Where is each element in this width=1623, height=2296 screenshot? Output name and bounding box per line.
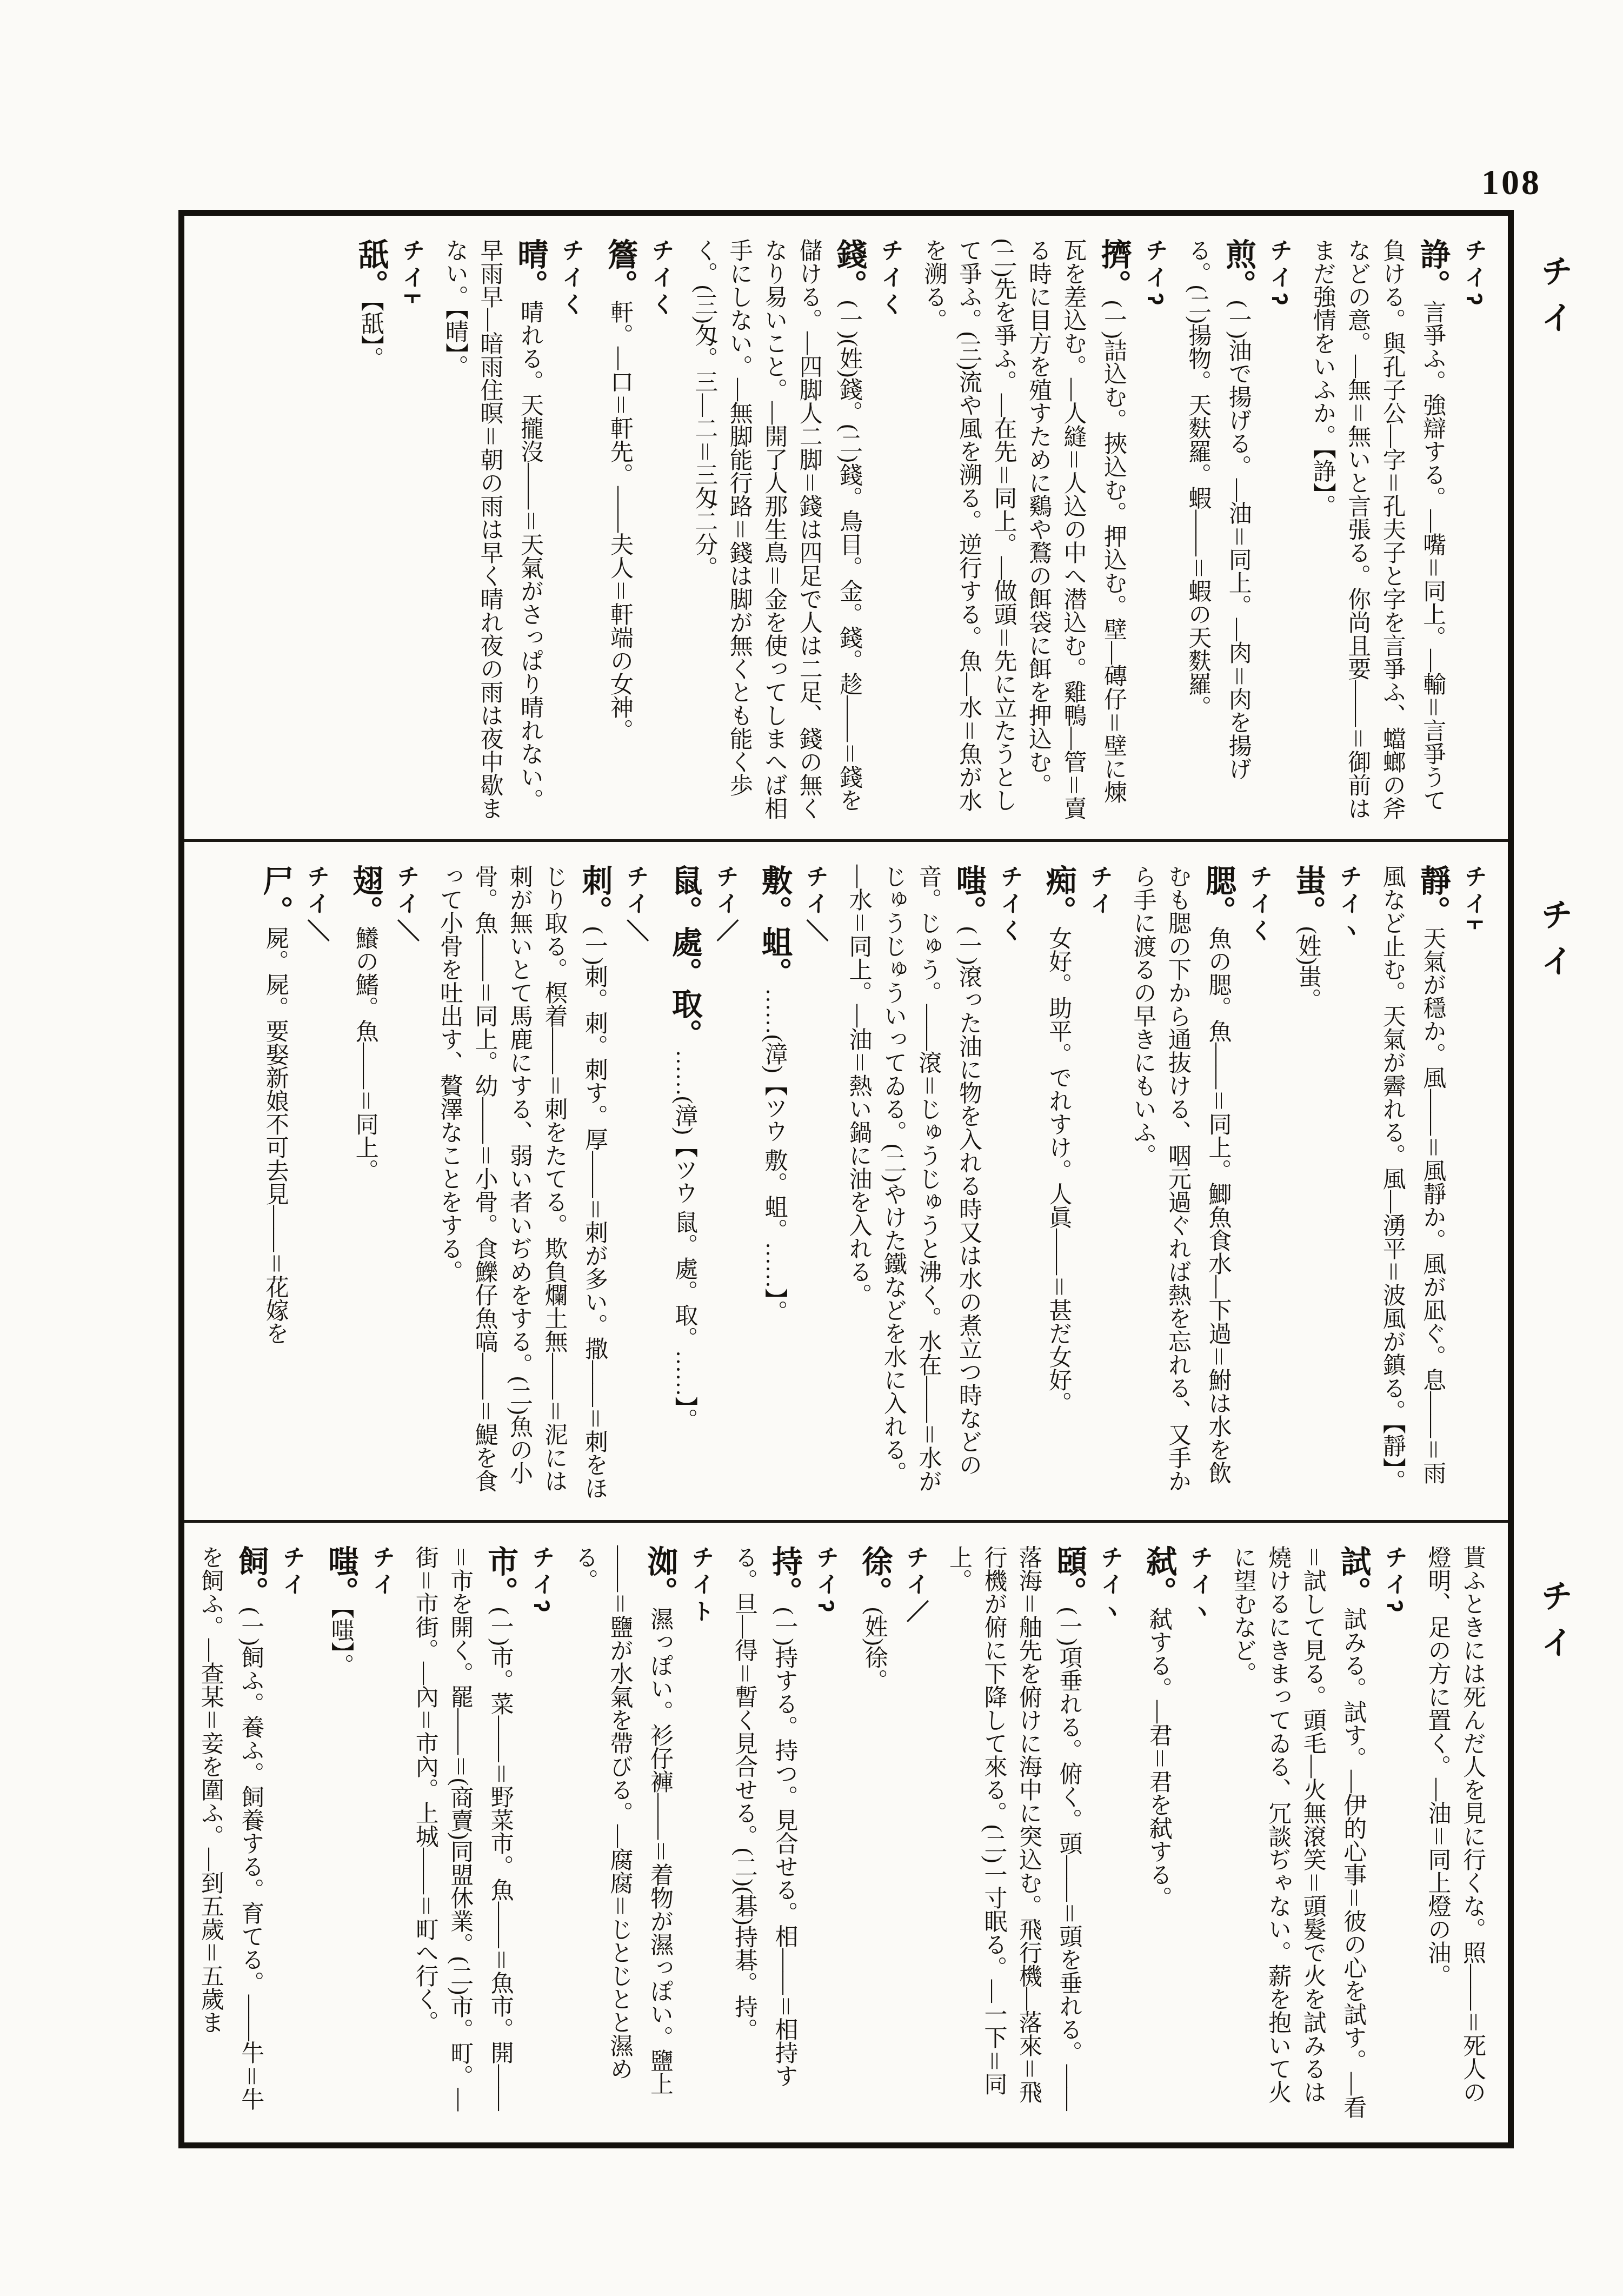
entry-definition: 天氣が穩か。風――＝風靜か。風が凪ぐ。息――＝雨風など止む。天氣が霽れる。風―湧… [1380,865,1446,1492]
dictionary-entry: チイヽ 弑。弑する。―君＝君を弑する。 [1135,1545,1215,2126]
entry-definition: 試みる。試す。―伊的心事＝彼の心を試す。―看＝試して見る。頭毛―火無滾笑＝頭髮で… [1230,1545,1366,2119]
entry-headword: 嗤。 [324,1545,358,1607]
entry-headword: 試。 [1336,1545,1370,1607]
entry-pronunciation: チイ／ [710,865,741,1504]
dictionary-entry: チイʔ 持。(一)持する。持つ。見合せる。相――＝相持する。旦―得＝暫く見合せる… [727,1545,842,2126]
dictionary-entry-continuation: 貰ふときには死んだ人を見に行くな。照――＝死人の燈明、足の方に置く。―油＝同上燈… [1420,1545,1489,2126]
entry-pronunciation: チイʔ [527,1545,557,2126]
entry-pronunciation: チイ [1085,865,1115,1504]
entry-headword: 市。 [483,1545,517,1607]
entry-headword: 簷。 [603,238,637,300]
entry-pronunciation: チイʔ [811,1545,842,2126]
margin-guide-word-top: チイ [1534,254,1578,347]
dictionary-entry: チイ＼ 翅。鱶の鰭。魚――＝同上。 [342,865,422,1504]
dictionary-entry: チイ＼ 刺。(一)刺。刺。刺す。厚――＝刺が多い。撒――＝刺をほじり取る。榠着―… [432,865,651,1504]
entry-headword: 鼠。處。取。 [667,865,701,1050]
dictionary-entry: チイʔ 市。(一)市。菜――＝野菜市。魚――＝魚市。開――＝市を開く。罷――＝(… [407,1545,557,2126]
dictionary-entry: チイʔ 試。試みる。試す。―伊的心事＝彼の心を試す。―看＝試して見る。頭毛―火無… [1225,1545,1410,2126]
entry-definition: 言爭ふ。強辯する。―嘴＝同上。―輸＝言爭うて負ける。與孔子公―字＝孔夫子と字を言… [1310,238,1446,820]
entry-definition: 晴れる。天攏沒――＝天氣がさっぱり晴れない。早雨早―暗雨住暝＝朝の雨は早く晴れ夜… [442,238,543,820]
margin-guide-word-bottom: チイ [1534,1579,1578,1672]
entry-pronunciation: チイʔ [1265,238,1295,823]
entry-pronunciation: チイく [995,865,1026,1504]
margin-guide-word-middle: チイ [1534,898,1578,991]
page-number: 108 [1481,162,1541,203]
entry-pronunciation: チイʔ [1459,238,1489,823]
entry-pronunciation: チイ／ [901,1545,932,2126]
entry-pronunciation: チイ＼ [800,865,831,1504]
entry-headword: 刺。 [577,865,611,926]
entry-definition: (一)刺。刺。刺す。厚――＝刺が多い。撒――＝刺をほじり取る。榠着――＝刺をたて… [437,865,607,1500]
entry-pronunciation: チイヽ [1334,865,1365,1504]
entry-pronunciation: チイ⊦ [397,238,428,823]
entry-pronunciation: チイ＼ [621,865,651,1504]
entry-definition: 魚の腮。魚――＝同上。鯽魚食水―下過＝鮒は水を飲むも腮の下から通抜ける、咽元過ぐ… [1130,865,1230,1492]
entry-headword: 頣。 [1052,1545,1086,1607]
dictionary-entry: チイ⊦ 舐。【舐】。 [347,238,427,823]
entry-definition: 屍。屍。要娶新娘不可去見――＝花嫁を [263,926,288,1345]
entry-headword: 擠。 [1096,238,1130,300]
entry-definition: 軒。―口＝軒先。――夫人＝軒端の女神。 [607,300,633,742]
entry-definition: 【舐】。 [358,300,383,370]
entry-definition: (一)持する。持つ。見合せる。相――＝相持する。旦―得＝暫く見合せる。(二)(碁… [731,1545,797,2088]
entry-definition: 女好。助平。でれすけ。人眞――＝甚だ女好。 [1046,926,1071,1415]
dictionary-entry: チイ 痴。女好。助平。でれすけ。人眞――＝甚だ女好。 [1035,865,1115,1504]
entry-headword: 靜。 [1415,865,1449,926]
entry-pronunciation: チイく [646,238,677,823]
entry-definition: (一)詰込む。挾込む。押込む。壁―磚仔＝壁に煉瓦を差込む。―人縫＝人込の中へ潜込… [921,238,1126,820]
dictionary-band-top: チイʔ 諍。言爭ふ。強辯する。―嘴＝同上。―輸＝言爭うて負ける。與孔子公―字＝孔… [184,216,1508,839]
dictionary-entry: チイく 錢。(一)(姓)錢。(二)錢。鳥目。金。錢。趁――＝錢を儲ける。―四脚人… [687,238,906,823]
dictionary-entry: チイく 嗤。(一)滾った油に物を入れる時又は水の煮立つ時などの音。じゅう。――滾… [841,865,1026,1504]
entry-pronunciation: チイ⊦ [1459,865,1489,1504]
dictionary-entry: チイ＼ 尸。屍。屍。要娶新娘不可去見――＝花嫁を [252,865,332,1504]
entry-headword: 尸。 [258,865,292,926]
entry-definition: (一)油で揚げる。―油＝同上。―肉＝肉を揚げる。(二)揚物。天麩羅。蝦――＝蝦の… [1185,238,1251,781]
dictionary-entry: チイʔ 煎。(一)油で揚げる。―油＝同上。―肉＝肉を揚げる。(二)揚物。天麩羅。… [1180,238,1295,823]
entry-pronunciation: チイ＼ [391,865,422,1504]
entry-definition: (一)市。菜――＝野菜市。魚――＝魚市。開――＝市を開く。罷――＝(商賣)同盟休… [413,1545,513,2111]
entry-headword: 諍。 [1415,238,1449,300]
entry-definition: (一)飼ふ。養ふ。飼養する。育てる。――牛＝牛を飼ふ。―查某＝妾を圍ふ。―到五歲… [198,1545,264,2111]
entry-definition: (一)(姓)錢。(二)錢。鳥目。金。錢。趁――＝錢を儲ける。―四脚人二脚＝錢は四… [691,238,862,820]
dictionary-entry: チイト 洳。濕っぽい。衫仔褲――＝着物が濕っぽい。鹽上――＝鹽が水氣を帶びる。―… [567,1545,716,2126]
entry-pronunciation: チイく [875,238,906,823]
entry-definition: (姓)徐。 [862,1607,887,1693]
dictionary-entry: チイ＼ 敷。蛆。……(漳)【ツウ 敷。蛆。……】。 [751,865,831,1504]
dictionary-band-bottom: 貰ふときには死んだ人を見に行くな。照――＝死人の燈明、足の方に置く。―油＝同上燈… [184,1523,1508,2142]
entry-definition: 濕っぽい。衫仔褲――＝着物が濕っぽい。鹽上――＝鹽が水氣を帶びる。―腐腐＝じとじ… [572,1545,673,2095]
entry-headword: 弑。 [1142,1545,1176,1607]
entry-headword: 翅。 [348,865,382,926]
entry-headword: 飼。 [234,1545,268,1607]
entry-pronunciation: チイヽ [1185,1545,1216,2126]
entry-headword: 徐。 [857,1545,892,1607]
entry-definition: (姓)蚩。 [1295,926,1321,1012]
entry-headword: 煎。 [1221,238,1255,300]
dictionary-entry: チイく 腮。魚の腮。魚――＝同上。鯽魚食水―下過＝鮒は水を飲むも腮の下から通抜け… [1125,865,1275,1504]
entry-headword: 晴。 [513,238,547,300]
entry-headword: 嗤。 [952,865,986,926]
entry-definition: 貰ふときには死んだ人を見に行くな。照――＝死人の燈明、足の方に置く。―油＝同上燈… [1425,1545,1486,2103]
entry-pronunciation: チイʔ [1140,238,1170,823]
entry-pronunciation: チイく [1244,865,1275,1504]
entry-headword: 敷。蛆。 [757,865,791,988]
dictionary-entry: チイヽ 蚩。(姓)蚩。 [1285,865,1365,1504]
entry-headword: 痴。 [1041,865,1075,926]
entry-headword: 蚩。 [1291,865,1325,926]
entry-definition: 弑する。―君＝君を弑する。 [1146,1607,1172,1909]
dictionary-entry: チイ／ 徐。(姓)徐。 [851,1545,931,2126]
dictionary-band-middle: チイ⊦ 靜。天氣が穩か。風――＝風靜か。風が凪ぐ。息――＝雨風など止む。天氣が霽… [184,842,1508,1520]
entry-pronunciation: チイʔ [1379,1545,1410,2126]
dictionary-entry: チイヽ 頣。(一)項垂れる。俯く。頭――＝頭を垂れる。――落海＝舳先を俯けに海中… [941,1545,1126,2126]
dictionary-entry: チイʔ 擠。(一)詰込む。挾込む。押込む。壁―磚仔＝壁に煉瓦を差込む。―人縫＝人… [916,238,1170,823]
entry-pronunciation: チイ＼ [302,865,332,1504]
entry-pronunciation: チイヽ [1095,1545,1126,2126]
entry-definition: ……(漳)【ツウ 鼠。處。取。……】。 [671,1050,697,1431]
dictionary-entry: チイく 晴。晴れる。天攏沒――＝天氣がさっぱり晴れない。早雨早―暗雨住暝＝朝の雨… [437,238,587,823]
dictionary-entry: チイʔ 諍。言爭ふ。強辯する。―嘴＝同上。―輸＝言爭うて負ける。與孔子公―字＝孔… [1305,238,1489,823]
entry-headword: 洳。 [643,1545,677,1607]
dictionary-entry: チイ 嗤。【嗤】。 [317,1545,397,2126]
dictionary-entry: チイ／ 鼠。處。取。……(漳)【ツウ 鼠。處。取。……】。 [661,865,741,1504]
entry-pronunciation: チイ [277,1545,308,2126]
dictionary-entry: チイ 飼。(一)飼ふ。養ふ。飼養する。育てる。――牛＝牛を飼ふ。―查某＝妾を圍ふ… [192,1545,308,2126]
entry-definition: (一)滾った油に物を入れる時又は水の煮立つ時などの音。じゅう。――滾＝じゅうじゅ… [846,865,982,1492]
dictionary-entry: チイく 簷。軒。―口＝軒先。――夫人＝軒端の女神。 [597,238,677,823]
entry-pronunciation: チイく [556,238,587,823]
entry-headword: 腮。 [1201,865,1235,926]
entry-headword: 錢。 [832,238,866,300]
page-frame: チイʔ 諍。言爭ふ。強辯する。―嘴＝同上。―輸＝言爭うて負ける。與孔子公―字＝孔… [178,210,1514,2148]
entry-headword: 持。 [768,1545,802,1607]
entry-definition: 【嗤】。 [328,1607,354,1677]
entry-pronunciation: チイト [686,1545,717,2126]
entry-definition: 鱶の鰭。魚――＝同上。 [352,926,378,1182]
dictionary-entry: チイ⊦ 靜。天氣が穩か。風――＝風靜か。風が凪ぐ。息――＝雨風など止む。天氣が霽… [1374,865,1489,1504]
entry-pronunciation: チイ [367,1545,398,2126]
entry-headword: 舐。 [354,238,388,300]
entry-definition: (一)項垂れる。俯く。頭――＝頭を垂れる。――落海＝舳先を俯けに海中に突込む。飛… [946,1545,1082,2111]
entry-definition: ……(漳)【ツウ 敷。蛆。……】。 [761,988,787,1323]
